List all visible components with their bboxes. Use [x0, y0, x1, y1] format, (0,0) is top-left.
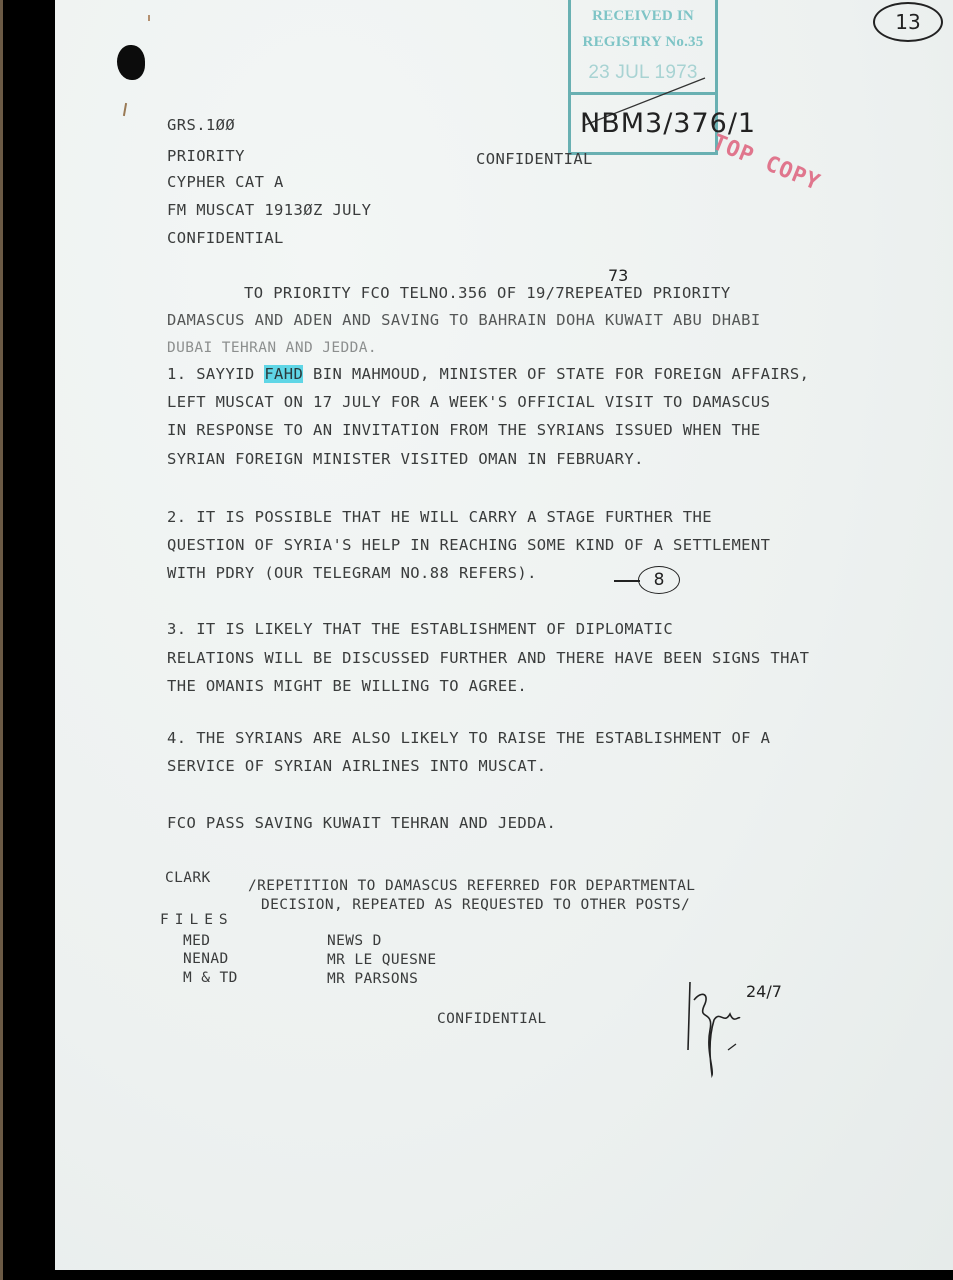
repetition-note-line-1: /REPETITION TO DAMASCUS REFERRED FOR DEP… [248, 879, 695, 894]
paragraph-2-line-3: WITH PDRY (OUR TELEGRAM NO.88 REFERS). [167, 566, 537, 582]
paragraph-2-line-2: QUESTION OF SYRIA'S HELP IN REACHING SOM… [167, 538, 770, 554]
files-left-2: NENAD [183, 952, 229, 967]
priority-line: PRIORITY [167, 149, 245, 165]
addressing-line-1: TO PRIORITY FCO TELNO.356 OF 19/7REPEATE… [244, 286, 731, 302]
paragraph-2-line-1: 2. IT IS POSSIBLE THAT HE WILL CARRY A S… [167, 510, 712, 526]
files-label: FILES [160, 913, 234, 928]
classification-top: CONFIDENTIAL [476, 152, 593, 168]
paragraph-3-line-2: RELATIONS WILL BE DISCUSSED FURTHER AND … [167, 651, 809, 667]
paragraph-1-line-2: LEFT MUSCAT ON 17 JULY FOR A WEEK'S OFFI… [167, 395, 770, 411]
fco-pass-line: FCO PASS SAVING KUWAIT TEHRAN AND JEDDA. [167, 816, 556, 832]
classification-footer: CONFIDENTIAL [437, 1012, 547, 1027]
repetition-note-line-2: DECISION, REPEATED AS REQUESTED TO OTHER… [261, 898, 690, 913]
paper-mark [148, 15, 150, 21]
files-left-3: M & TD [183, 971, 238, 986]
paragraph-4-line-1: 4. THE SYRIANS ARE ALSO LIKELY TO RAISE … [167, 731, 770, 747]
grs-line: GRS.1ØØ [167, 118, 235, 134]
year-annotation: 73 [608, 266, 628, 285]
files-left-1: MED [183, 934, 210, 949]
addressing-suffix: REPEATED PRIORITY [565, 284, 730, 302]
files-right-1: NEWS D [327, 934, 382, 949]
stamp-received: RECEIVED IN [571, 8, 715, 25]
paragraph-3-line-3: THE OMANIS MIGHT BE WILLING TO AGREE. [167, 679, 527, 695]
scan-edge [0, 0, 3, 1280]
annotation-dash [614, 580, 640, 582]
classification-header: CONFIDENTIAL [167, 231, 284, 247]
addressing-prefix: TO PRIORITY FCO TELNO.356 OF 19/7 [244, 284, 565, 302]
highlighted-term: FAHD [264, 365, 303, 383]
from-line: FM MUSCAT 1913ØZ JULY [167, 203, 371, 219]
page-number: 13 [873, 2, 943, 42]
addressing-line-3: DUBAI TEHRAN AND JEDDA. [167, 341, 377, 356]
stamp-registry: REGISTRY No.35 [571, 34, 715, 51]
files-right-3: MR PARSONS [327, 972, 418, 987]
handwritten-date: 24/7 [746, 982, 782, 1001]
paragraph-1-line-4: SYRIAN FOREIGN MINISTER VISITED OMAN IN … [167, 452, 644, 468]
files-right-2: MR LE QUESNE [327, 953, 437, 968]
paragraph-1-line-1: 1. SAYYID FAHD BIN MAHMOUD, MINISTER OF … [167, 367, 809, 383]
punch-hole [117, 45, 145, 80]
paragraph-1-line-3: IN RESPONSE TO AN INVITATION FROM THE SY… [167, 423, 761, 439]
signatory: CLARK [165, 871, 211, 886]
margin-annotation: 8 [638, 566, 680, 594]
addressing-line-2: DAMASCUS AND ADEN AND SAVING TO BAHRAIN … [167, 313, 761, 329]
text: BIN MAHMOUD, MINISTER OF STATE FOR FOREI… [303, 365, 809, 383]
paragraph-3-line-1: 3. IT IS LIKELY THAT THE ESTABLISHMENT O… [167, 622, 673, 638]
cypher-line: CYPHER CAT A [167, 175, 284, 191]
paragraph-4-line-2: SERVICE OF SYRIAN AIRLINES INTO MUSCAT. [167, 759, 547, 775]
text: 1. SAYYID [167, 365, 264, 383]
